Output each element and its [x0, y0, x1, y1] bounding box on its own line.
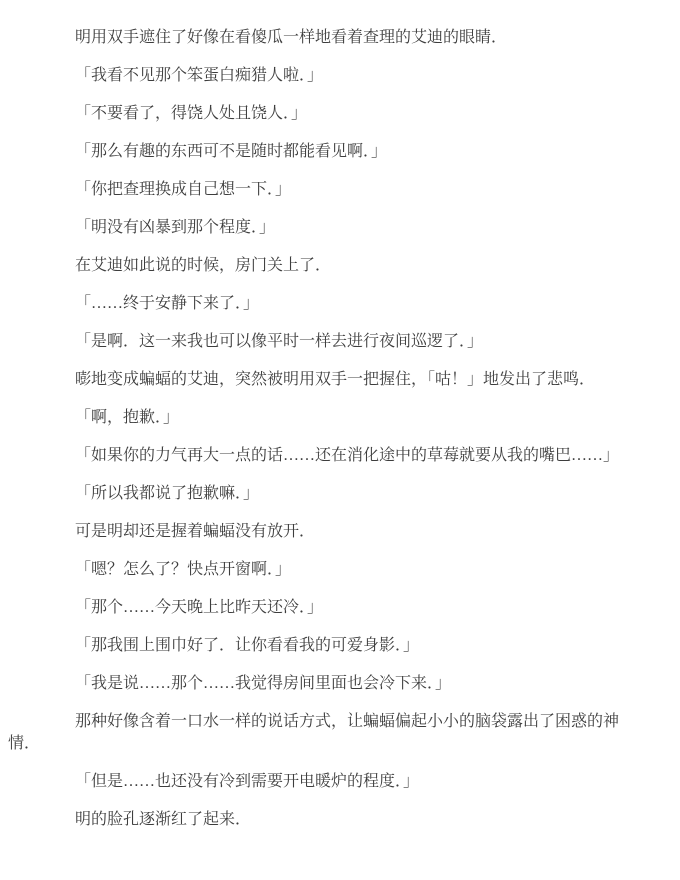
paragraph: 「那么有趣的东西可不是随时都能看见啊．」: [8, 141, 646, 163]
paragraph: 「我看不见那个笨蛋白痴猎人啦．」: [8, 65, 646, 87]
paragraph: 「不要看了，得饶人处且饶人．」: [8, 103, 646, 125]
paragraph: 明用双手遮住了好像在看傻瓜一样地看着查理的艾迪的眼睛．: [8, 27, 646, 49]
paragraph: 「如果你的力气再大一点的话……还在消化途中的草莓就要从我的嘴巴……」: [8, 445, 646, 467]
paragraph: 可是明却还是握着蝙蝠没有放开．: [8, 521, 646, 543]
paragraph: 「那我围上围巾好了．让你看看我的可爱身影．」: [8, 635, 646, 657]
paragraph: 「是啊．这一来我也可以像平时一样去进行夜间巡逻了．」: [8, 331, 646, 353]
paragraph: 「但是……也还没有冷到需要开电暖炉的程度．」: [8, 771, 646, 793]
paragraph: 「那个……今天晚上比昨天还冷．」: [8, 597, 646, 619]
paragraph: 那种好像含着一口水一样的说话方式，让蝙蝠偏起小小的脑袋露出了困惑的神情．: [8, 711, 646, 755]
paragraph: 「明没有凶暴到那个程度．」: [8, 217, 646, 239]
paragraph: 嘭地变成蝙蝠的艾迪，突然被明用双手一把握住，「咕！」地发出了悲鸣．: [8, 369, 646, 391]
paragraph: 明的脸孔逐渐红了起来．: [8, 809, 646, 831]
paragraph: 在艾迪如此说的时候，房门关上了．: [8, 255, 646, 277]
paragraph: 「所以我都说了抱歉嘛．」: [8, 483, 646, 505]
novel-page: 明用双手遮住了好像在看傻瓜一样地看着查理的艾迪的眼睛． 「我看不见那个笨蛋白痴猎…: [0, 0, 680, 880]
paragraph: 「嗯？怎么了？快点开窗啊．」: [8, 559, 646, 581]
paragraph: 「啊，抱歉．」: [8, 407, 646, 429]
page-background: { "colors": { "background": "#ffffff", "…: [0, 0, 680, 880]
paragraph: 「……终于安静下来了．」: [8, 293, 646, 315]
paragraph: 「我是说……那个……我觉得房间里面也会冷下来．」: [8, 673, 646, 695]
paragraph: 「你把查理换成自己想一下．」: [8, 179, 646, 201]
